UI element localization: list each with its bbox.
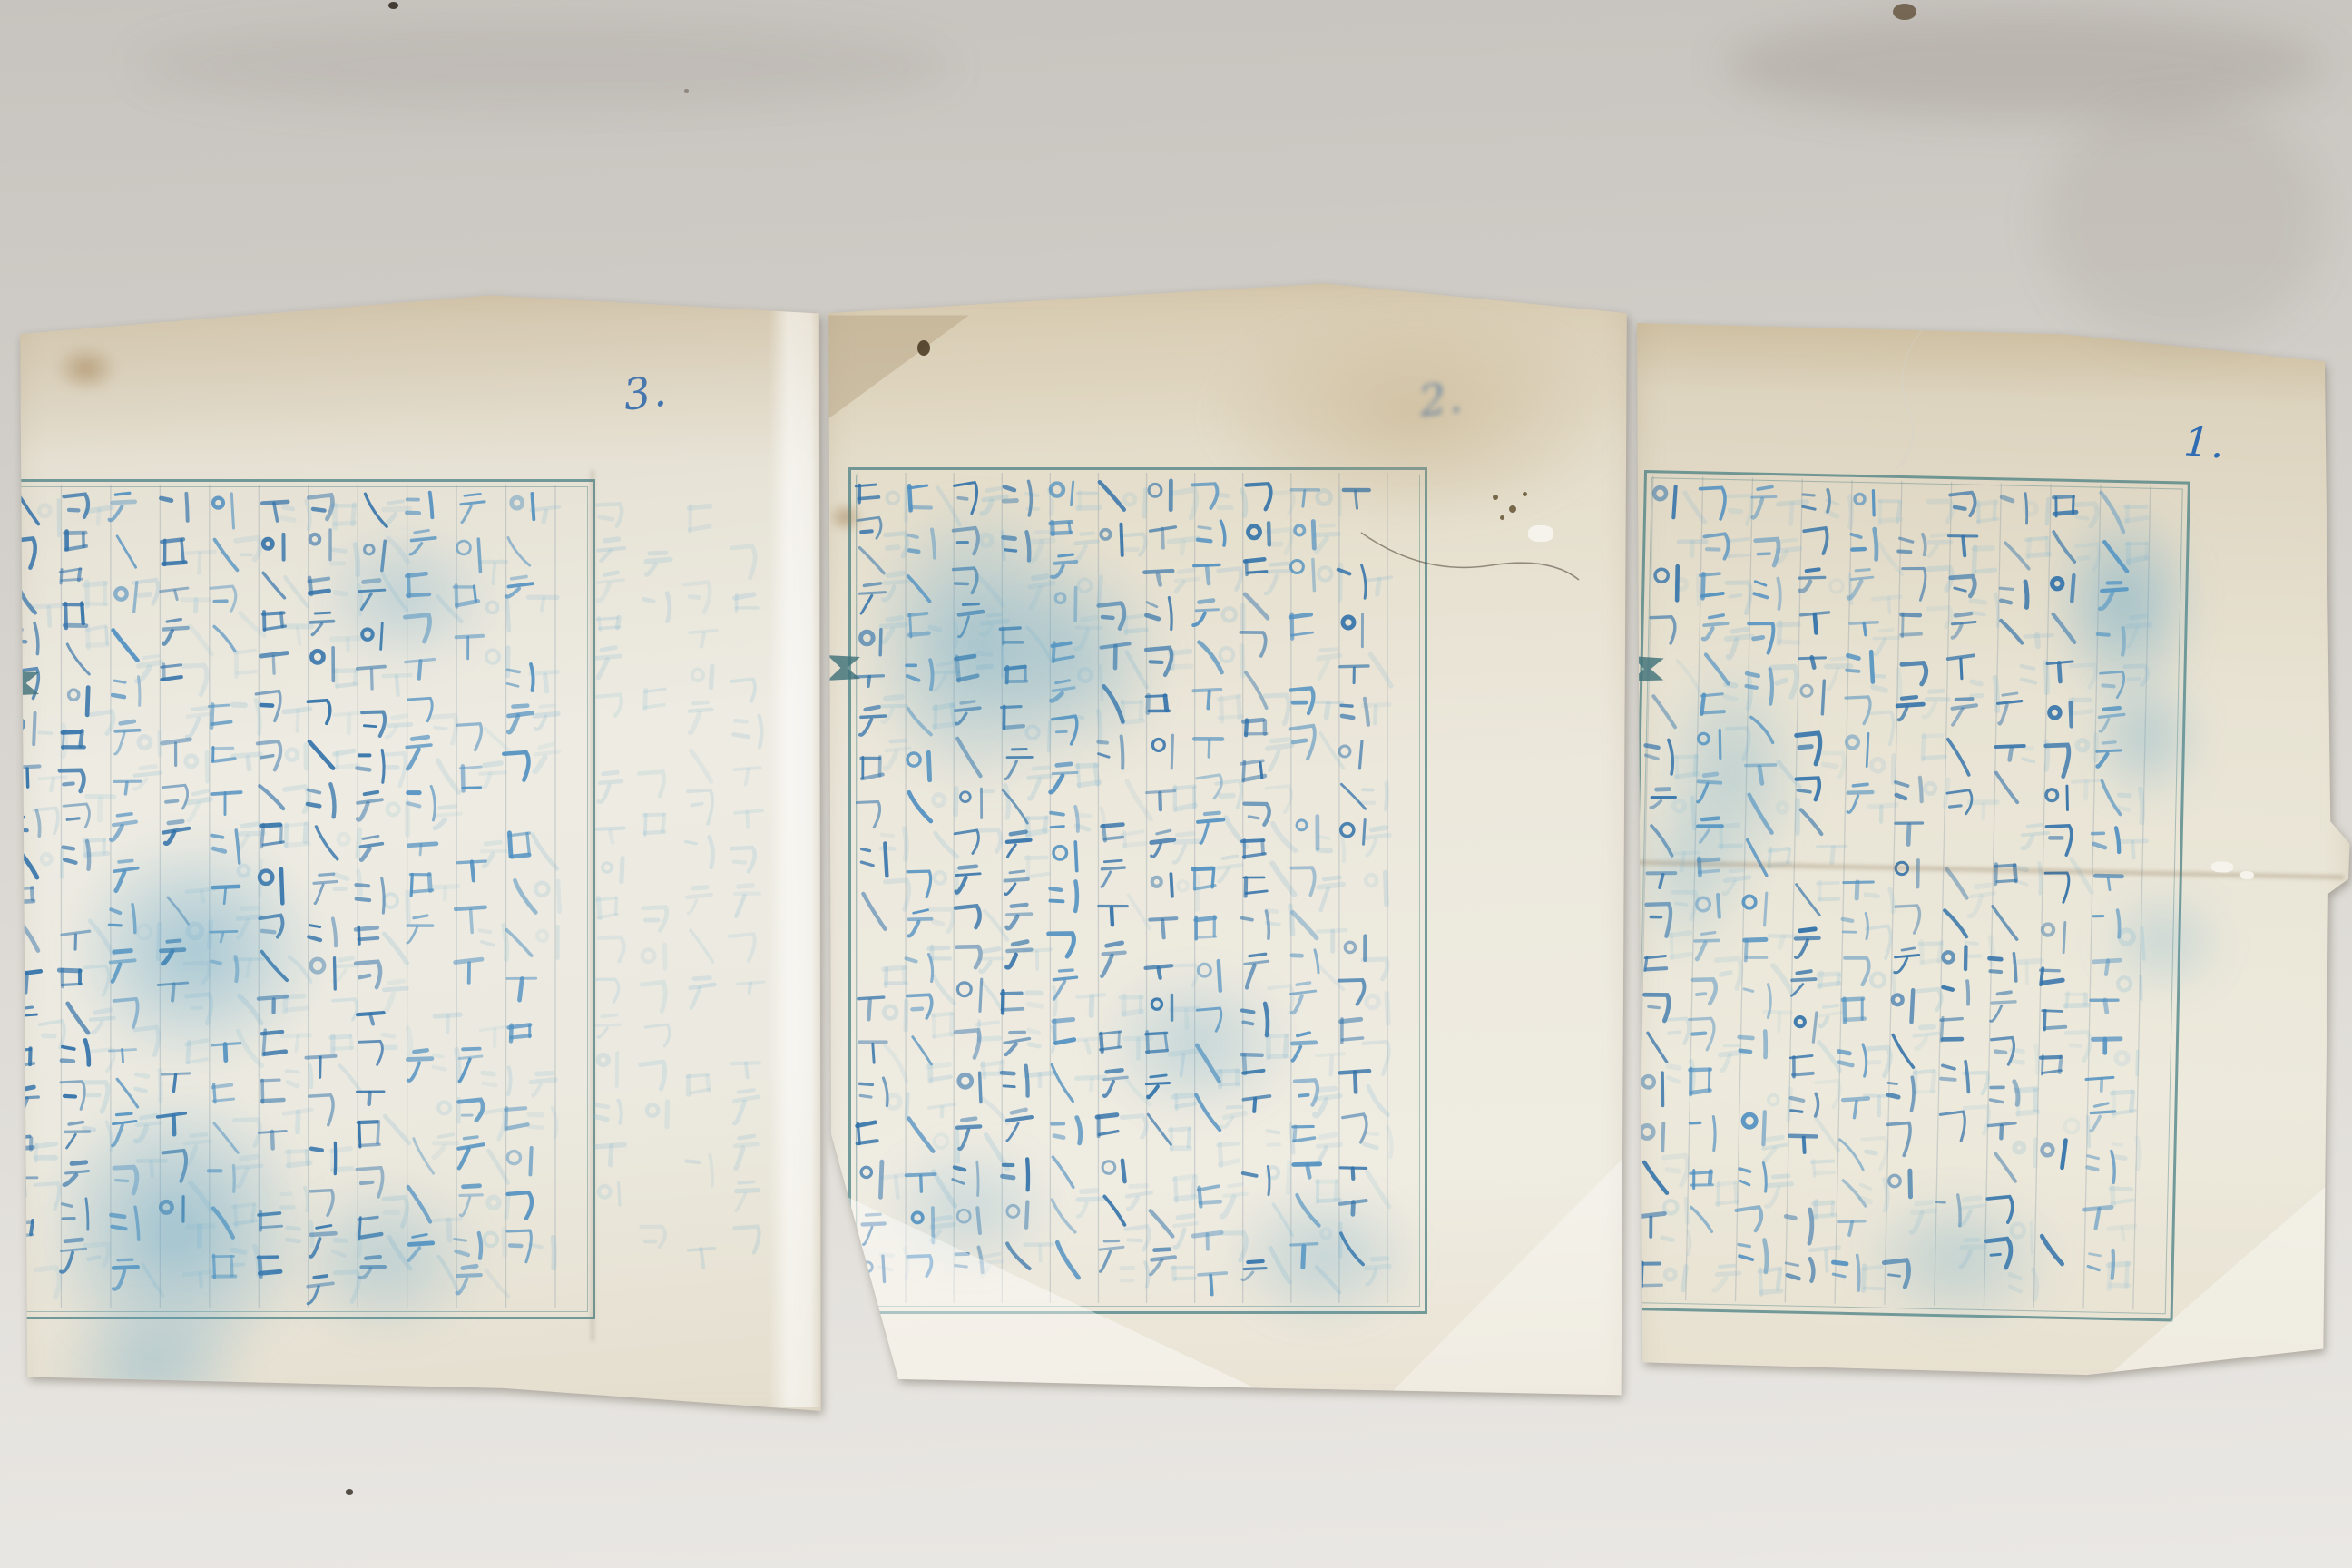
dirt-speck <box>1523 492 1527 496</box>
dirt-speck <box>1509 505 1516 513</box>
surface-speck <box>388 2 398 9</box>
surface-speck <box>1893 4 1916 20</box>
dirt-speck <box>1500 515 1504 520</box>
manuscript-sheet-page-2: 2. <box>824 277 1633 1416</box>
paper-surface: 3. <box>14 289 826 1425</box>
background-smear <box>1724 14 2323 118</box>
manuscript-sheet-page-3: 3. <box>14 289 826 1425</box>
page-number: 2. <box>1416 372 1466 427</box>
page-content: 3. <box>14 289 826 1425</box>
manuscript-sheet-page-1: 1. <box>1633 272 2352 1402</box>
paper-surface: 2. <box>824 277 1633 1416</box>
surface-speck <box>684 89 689 93</box>
dirt-speck <box>1493 495 1498 500</box>
background-smear <box>136 23 953 109</box>
ink-blot <box>917 340 930 356</box>
handwriting-columns <box>14 289 826 1425</box>
handwriting-columns <box>1614 272 2352 1416</box>
surface-speck <box>346 1489 353 1494</box>
photo-of-manuscript-pages: 3. 2. 1. <box>0 0 2352 1568</box>
page-number: 1. <box>2182 418 2228 467</box>
page-number: 3. <box>621 366 671 421</box>
page-content: 2. <box>824 277 1633 1416</box>
page-content: 1. <box>1614 272 2352 1416</box>
handwriting-columns <box>824 277 1633 1416</box>
paper-surface: 1. <box>1633 272 2352 1402</box>
